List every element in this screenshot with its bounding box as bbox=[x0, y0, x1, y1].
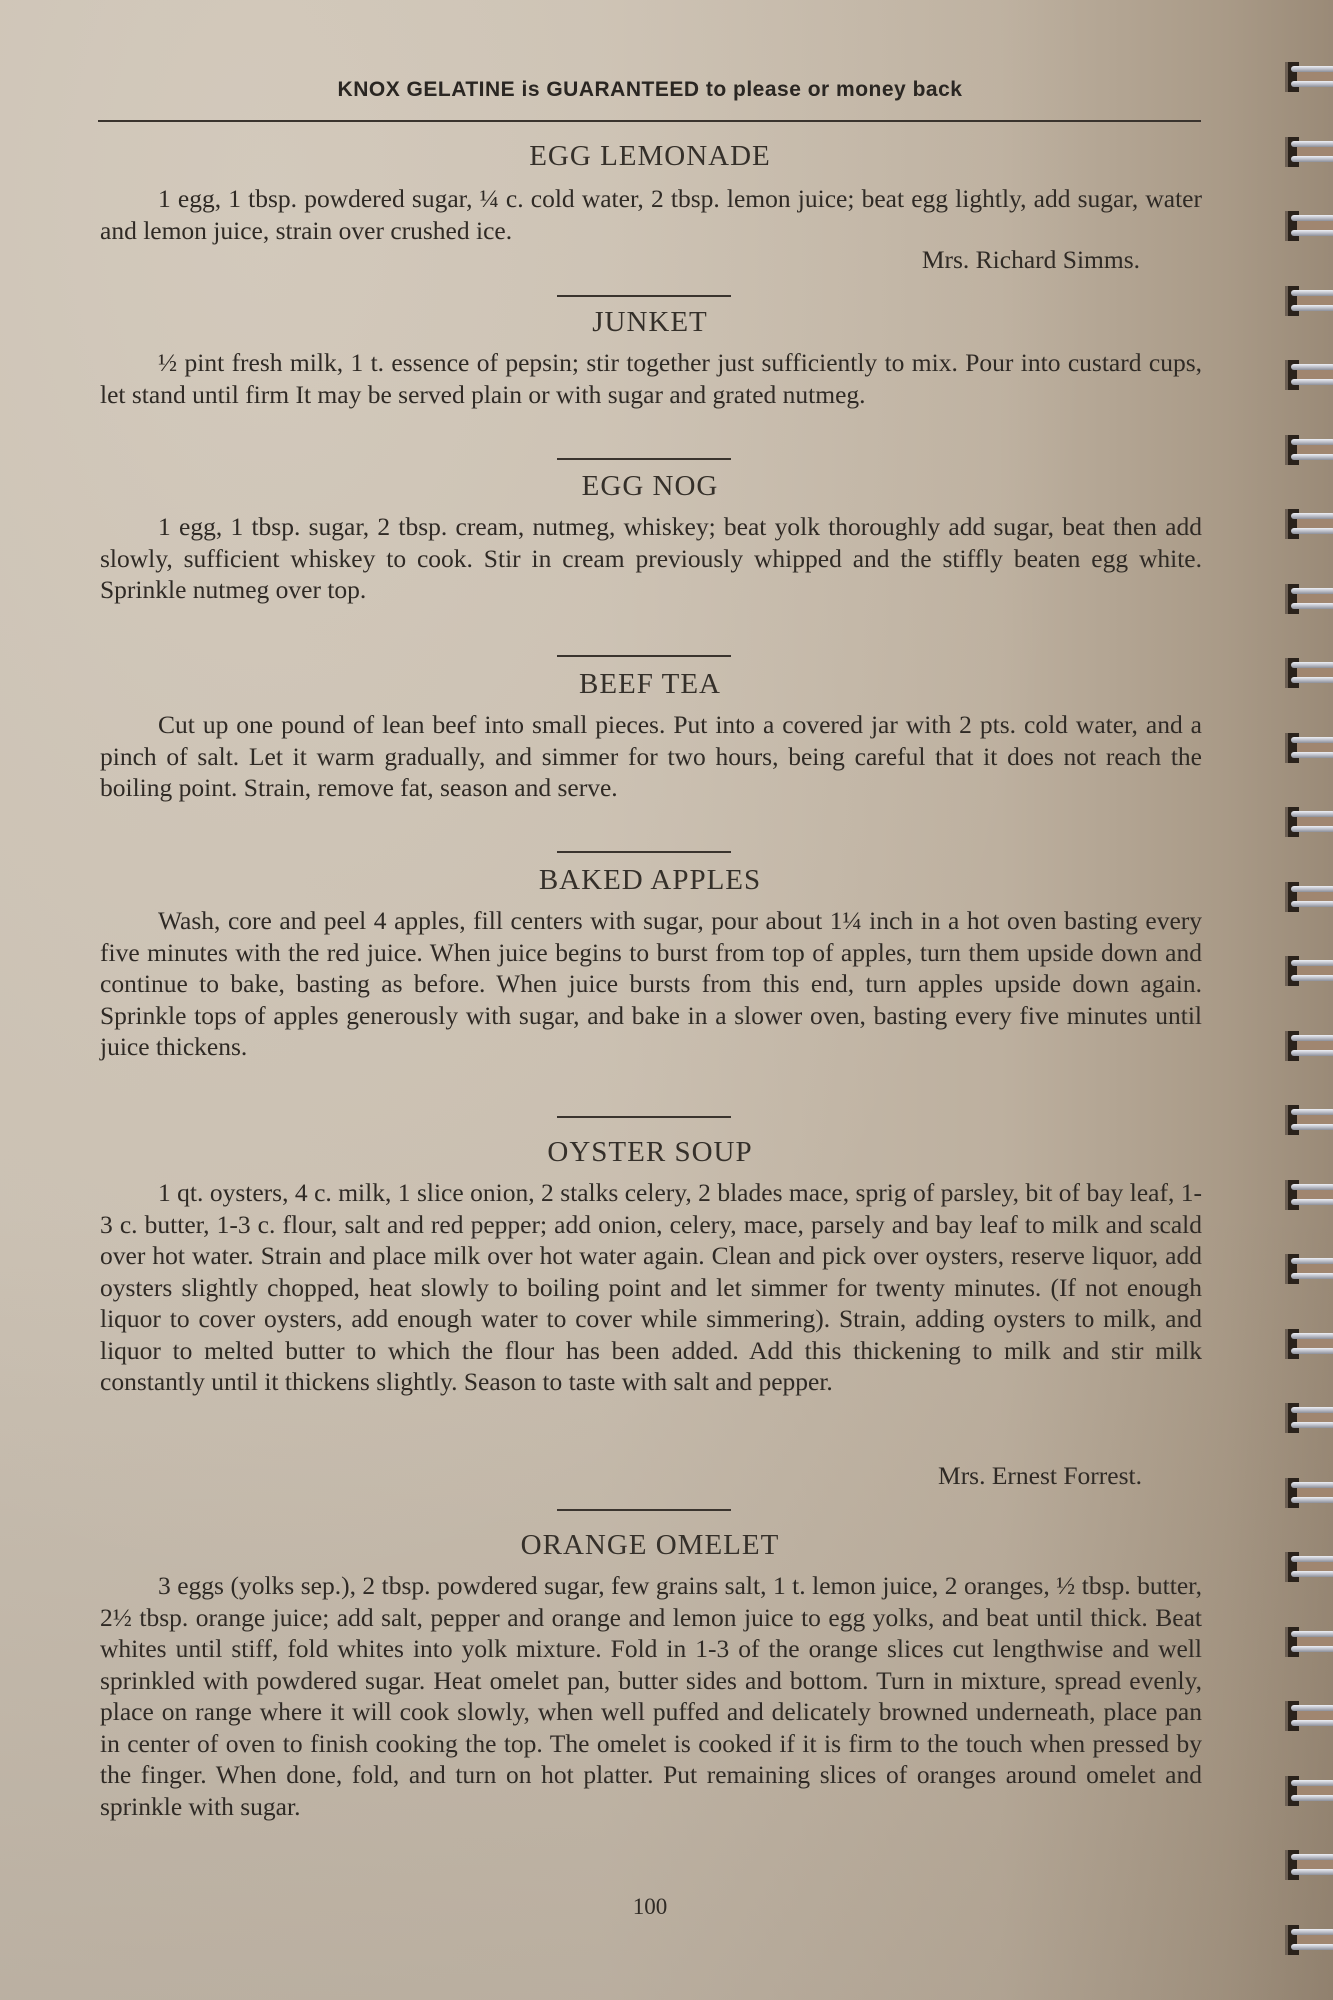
recipe-body-egg-lemonade: 1 egg, 1 tbsp. powdered sugar, ¼ c. cold… bbox=[100, 183, 1202, 246]
spiral-coil-icon bbox=[1285, 1031, 1333, 1061]
spiral-coil-icon bbox=[1285, 62, 1333, 92]
spiral-binding bbox=[1273, 0, 1333, 2000]
spiral-coil-icon bbox=[1285, 658, 1333, 688]
spiral-coil-icon bbox=[1285, 807, 1333, 837]
recipe-body-orange-omelet: 3 eggs (yolks sep.), 2 tbsp. powdered su… bbox=[100, 1570, 1202, 1822]
header-rule bbox=[98, 120, 1201, 122]
running-head: KNOX GELATINE is GUARANTEED to please or… bbox=[100, 78, 1200, 102]
spiral-coil-icon bbox=[1285, 1403, 1333, 1433]
spiral-coil-icon bbox=[1285, 1180, 1333, 1210]
recipe-title-baked-apples: BAKED APPLES bbox=[100, 864, 1200, 897]
recipe-body-oyster-soup: 1 qt. oysters, 4 c. milk, 1 slice onion,… bbox=[100, 1177, 1202, 1398]
spiral-coil-icon bbox=[1285, 733, 1333, 763]
spiral-coil-icon bbox=[1285, 1552, 1333, 1582]
recipe-body-junket: ½ pint fresh milk, 1 t. essence of pepsi… bbox=[100, 347, 1202, 410]
spiral-coil-icon bbox=[1285, 956, 1333, 986]
recipe-title-junket: JUNKET bbox=[100, 306, 1200, 339]
spiral-coil-icon bbox=[1285, 137, 1333, 167]
recipe-title-beef-tea: BEEF TEA bbox=[100, 668, 1200, 701]
spiral-coil-icon bbox=[1285, 1329, 1333, 1359]
spiral-coil-icon bbox=[1285, 1254, 1333, 1284]
spiral-coil-icon bbox=[1285, 1850, 1333, 1880]
recipe-title-oyster-soup: OYSTER SOUP bbox=[100, 1136, 1200, 1169]
recipe-body-egg-nog: 1 egg, 1 tbsp. sugar, 2 tbsp. cream, nut… bbox=[100, 511, 1202, 606]
recipe-divider bbox=[557, 851, 731, 853]
recipe-contributor-oyster-soup: Mrs. Ernest Forrest. bbox=[762, 1461, 1142, 1491]
recipe-title-egg-nog: EGG NOG bbox=[100, 470, 1200, 503]
page-number: 100 bbox=[600, 1894, 700, 1920]
recipe-divider bbox=[557, 1116, 731, 1118]
spiral-coil-icon bbox=[1285, 584, 1333, 614]
spiral-coil-icon bbox=[1285, 1105, 1333, 1135]
recipe-divider bbox=[557, 1509, 731, 1511]
spiral-coil-icon bbox=[1285, 1478, 1333, 1508]
spiral-coil-icon bbox=[1285, 211, 1333, 241]
spiral-coil-icon bbox=[1285, 360, 1333, 390]
recipe-divider bbox=[557, 655, 731, 657]
spiral-coil-icon bbox=[1285, 1776, 1333, 1806]
spiral-coil-icon bbox=[1285, 509, 1333, 539]
recipe-body-beef-tea: Cut up one pound of lean beef into small… bbox=[100, 709, 1202, 804]
spiral-coil-icon bbox=[1285, 882, 1333, 912]
recipe-divider bbox=[557, 295, 731, 297]
spiral-coil-icon bbox=[1285, 435, 1333, 465]
spiral-coil-icon bbox=[1285, 1627, 1333, 1657]
recipe-title-egg-lemonade: EGG LEMONADE bbox=[100, 140, 1200, 173]
recipe-contributor-egg-lemonade: Mrs. Richard Simms. bbox=[760, 245, 1140, 275]
spiral-coil-icon bbox=[1285, 1701, 1333, 1731]
spiral-coil-icon bbox=[1285, 1925, 1333, 1955]
recipe-title-orange-omelet: ORANGE OMELET bbox=[100, 1529, 1200, 1562]
spiral-coil-icon bbox=[1285, 286, 1333, 316]
recipe-divider bbox=[557, 458, 731, 460]
recipe-body-baked-apples: Wash, core and peel 4 apples, fill cente… bbox=[100, 905, 1202, 1063]
